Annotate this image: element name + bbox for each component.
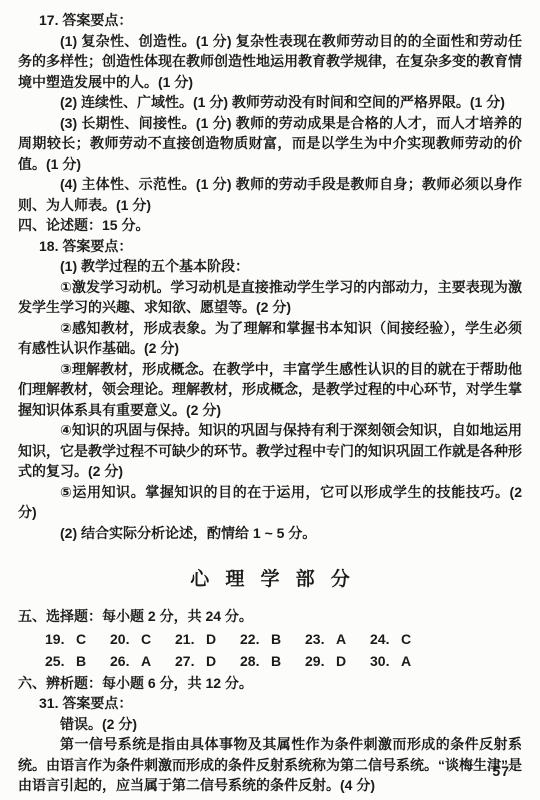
section6-heading: 六、辨析题：每小题 6 分，共 12 分。	[18, 673, 522, 694]
psychology-part-title: 心理学部分	[18, 567, 522, 593]
mcq-answer-27: 27.D	[175, 650, 240, 672]
mcq-letter: D	[206, 628, 216, 650]
mcq-number: 26.	[110, 650, 135, 672]
mcq-number: 19.	[45, 628, 70, 650]
mcq-answer-20: 20.C	[110, 628, 175, 650]
section4-heading: 四、论述题：15 分。	[18, 215, 522, 236]
q18-heading: 18. 答案要点：	[18, 236, 522, 257]
page-number: 57	[492, 761, 510, 782]
mcq-answer-23: 23.A	[305, 628, 370, 650]
q18-point-2: (2) 结合实际分析论述，酌情给 1 ~ 5 分。	[18, 523, 522, 544]
mcq-number: 27.	[175, 650, 200, 672]
q18-stage-1: ①激发学习动机。学习动机是直接推动学生学习的内部动力，主要表现为激发学生学习的兴…	[18, 277, 522, 318]
mcq-letter: D	[336, 650, 346, 672]
mcq-answer-29: 29.D	[305, 650, 370, 672]
mcq-number: 25.	[45, 650, 70, 672]
mcq-letter: D	[206, 650, 216, 672]
mcq-answer-24: 24.C	[370, 628, 435, 650]
mcq-answer-28: 28.B	[240, 650, 305, 672]
mcq-number: 24.	[370, 628, 395, 650]
q17-point-1: (1) 复杂性、创造性。(1 分) 复杂性表现在教师劳动目的的全面性和劳动任务的…	[18, 31, 522, 93]
mcq-number: 29.	[305, 650, 330, 672]
mcq-letter: A	[336, 628, 346, 650]
mcq-letter: C	[141, 628, 151, 650]
mcq-number: 21.	[175, 628, 200, 650]
q18-stage-4: ④知识的巩固与保持。知识的巩固与保持有利于深刻领会知识，自如地运用知识，它是教学…	[18, 420, 522, 482]
q31-verdict: 错误。(2 分)	[18, 714, 522, 735]
mcq-letter: C	[401, 628, 411, 650]
mcq-letter: A	[401, 650, 411, 672]
q17-point-3: (3) 长期性、间接性。(1 分) 教师的劳动成果是合格的人才，而人才培养的周期…	[18, 113, 522, 175]
q17-heading: 17. 答案要点：	[18, 10, 522, 31]
mcq-answer-26: 26.A	[110, 650, 175, 672]
q18-point-1: (1) 教学过程的五个基本阶段：	[18, 256, 522, 277]
q31-explanation: 第一信号系统是指由具体事物及其属性作为条件刺激而形成的条件反射系统。由语言作为条…	[18, 734, 522, 796]
mcq-letter: B	[76, 650, 86, 672]
mcq-answer-30: 30.A	[370, 650, 435, 672]
mcq-answer-grid: 19.C 20.C 21.D 22.B 23.A 24.C 25.B 26.A …	[45, 628, 522, 672]
q17-point-2: (2) 连续性、广域性。(1 分) 教师劳动没有时间和空间的严格界限。(1 分)	[18, 92, 522, 113]
mcq-number: 22.	[240, 628, 265, 650]
q18-stage-5: ⑤运用知识。掌握知识的目的在于运用，它可以形成学生的技能技巧。(2 分)	[18, 482, 522, 523]
section5-heading: 五、选择题：每小题 2 分，共 24 分。	[18, 606, 522, 627]
mcq-row-1: 19.C 20.C 21.D 22.B 23.A 24.C	[45, 628, 522, 650]
q18-stage-3: ③理解教材，形成概念。在教学中，丰富学生感性认识的目的就在于帮助他们理解教材，领…	[18, 359, 522, 421]
mcq-answer-22: 22.B	[240, 628, 305, 650]
mcq-row-2: 25.B 26.A 27.D 28.B 29.D 30.A	[45, 650, 522, 672]
q17-point-4: (4) 主体性、示范性。(1 分) 教师的劳动手段是教师自身；教师必须以身作则、…	[18, 174, 522, 215]
mcq-answer-25: 25.B	[45, 650, 110, 672]
q18-stage-2: ②感知教材，形成表象。为了理解和掌握书本知识（间接经验），学生必须有感性认识作基…	[18, 318, 522, 359]
mcq-letter: A	[141, 650, 151, 672]
mcq-number: 28.	[240, 650, 265, 672]
mcq-number: 30.	[370, 650, 395, 672]
mcq-letter: B	[271, 628, 281, 650]
mcq-number: 20.	[110, 628, 135, 650]
scanned-answer-key-page: 17. 答案要点： (1) 复杂性、创造性。(1 分) 复杂性表现在教师劳动目的…	[0, 0, 540, 800]
mcq-answer-19: 19.C	[45, 628, 110, 650]
mcq-letter: C	[76, 628, 86, 650]
q31-heading: 31. 答案要点：	[18, 693, 522, 714]
mcq-number: 23.	[305, 628, 330, 650]
mcq-letter: B	[271, 650, 281, 672]
mcq-answer-21: 21.D	[175, 628, 240, 650]
